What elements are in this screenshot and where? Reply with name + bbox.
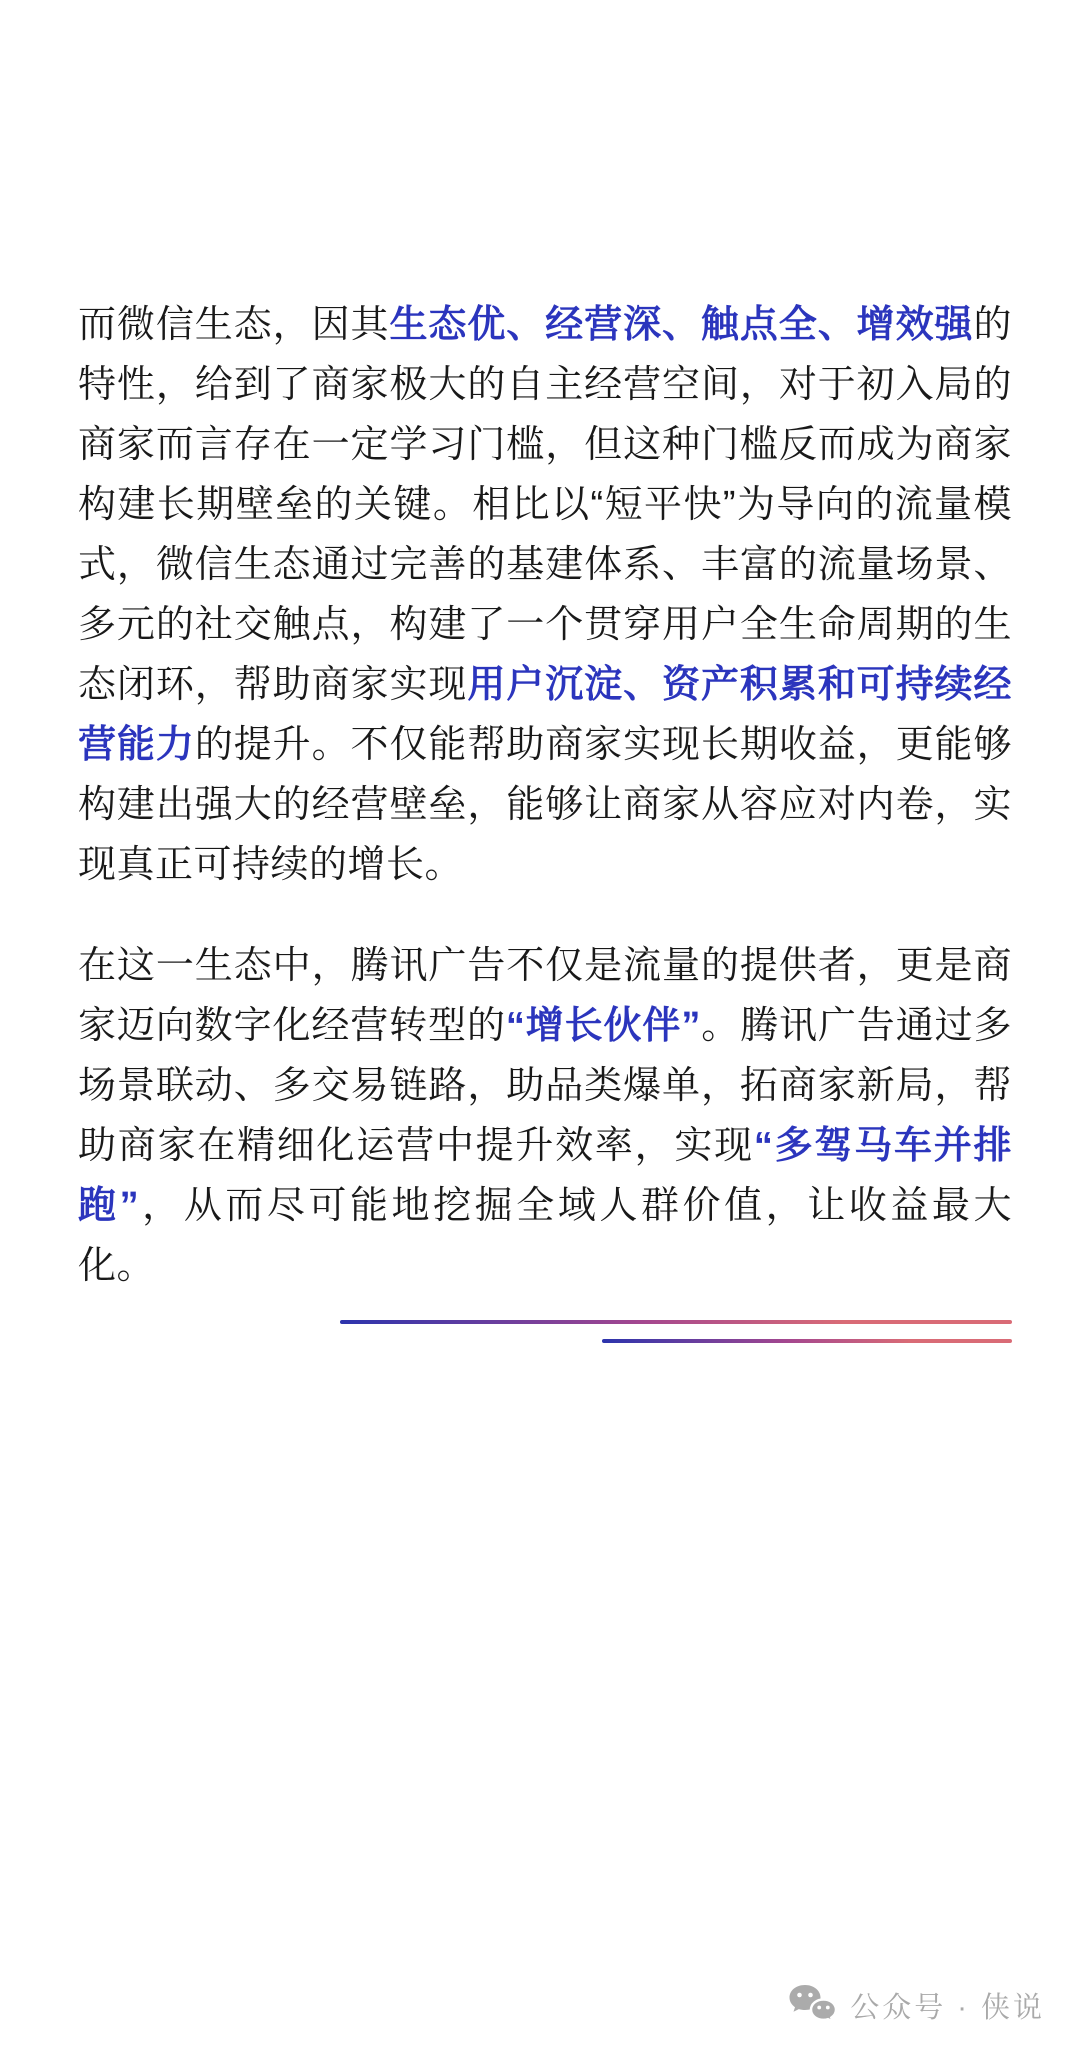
watermark-label: 公众号 · 侠说	[850, 1985, 1045, 2026]
body-text: 的特性，给到了商家极大的自主经营空间，对于初入局的商家而言存在一定学习门槛，但这…	[78, 304, 1012, 706]
watermark-footer: 公众号 · 侠说	[788, 1984, 1045, 2026]
highlighted-text: “增长伙伴”	[506, 1005, 701, 1047]
gradient-divider-line-top	[340, 1320, 1012, 1324]
paragraph: 而微信生态，因其生态优、经营深、触点全、增效强的特性，给到了商家极大的自主经营空…	[78, 295, 1012, 895]
article-page: 而微信生态，因其生态优、经营深、触点全、增效强的特性，给到了商家极大的自主经营空…	[0, 0, 1080, 2050]
paragraph: 在这一生态中，腾讯广告不仅是流量的提供者，更是商家迈向数字化经营转型的“增长伙伴…	[78, 936, 1012, 1296]
gradient-divider-line-bottom	[602, 1339, 1012, 1343]
body-text: ，从而尽可能地挖掘全域人群价值，让收益最大化。	[78, 1185, 1012, 1287]
highlighted-text: 生态优、经营深、触点全、增效强	[389, 304, 973, 346]
wechat-logo-icon	[788, 1984, 838, 2026]
body-text: 的提升。不仅能帮助商家实现长期收益，更能够构建出强大的经营壁垒，能够让商家从容应…	[78, 724, 1012, 886]
article-body: 而微信生态，因其生态优、经营深、触点全、增效强的特性，给到了商家极大的自主经营空…	[78, 295, 1012, 1296]
body-text: 而微信生态，因其	[78, 304, 389, 346]
